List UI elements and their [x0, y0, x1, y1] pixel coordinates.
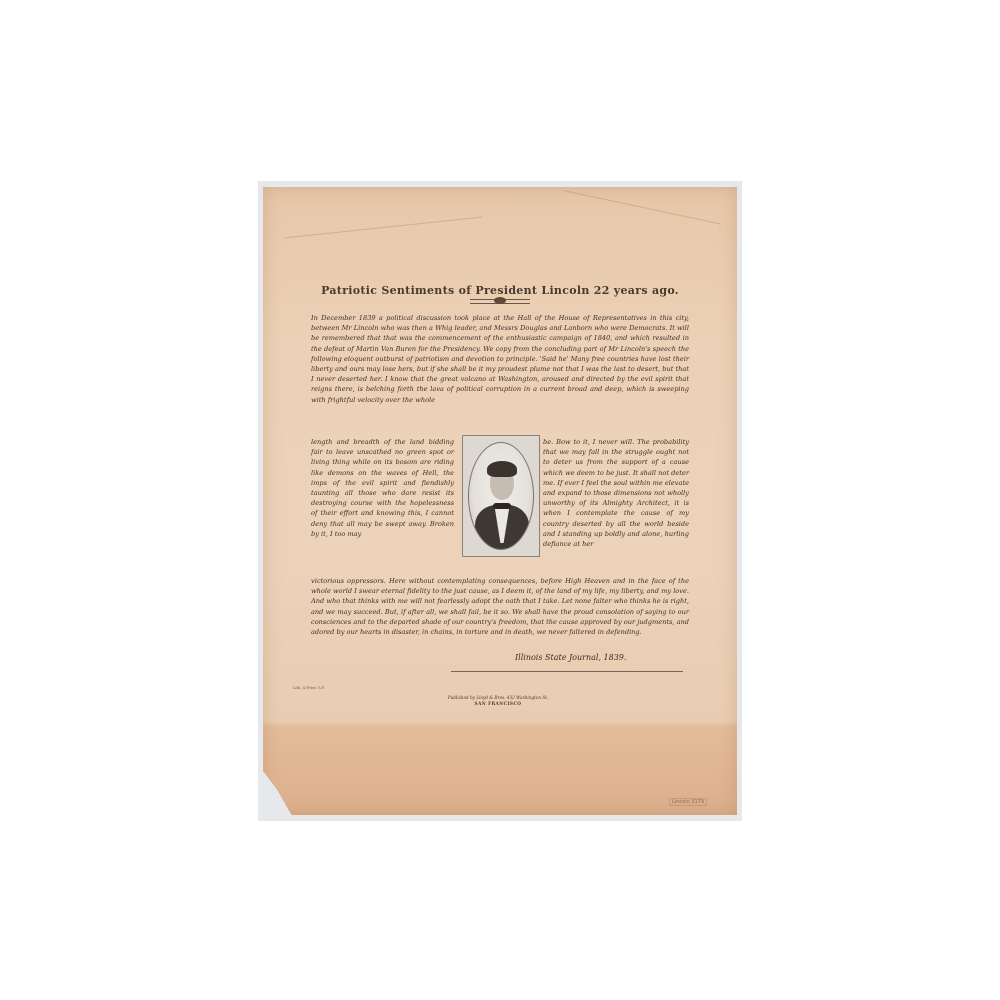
- paper-crease: [283, 217, 482, 239]
- archival-stamp: Lincoln 3179: [669, 798, 707, 806]
- document-title: Patriotic Sentiments of President Lincol…: [263, 284, 737, 297]
- text-column-left: length and breadth of the land bidding f…: [311, 437, 454, 539]
- paragraph-top: In December 1839 a political discussion …: [311, 313, 689, 405]
- title-ornament: [470, 299, 530, 304]
- paper-crease: [565, 190, 722, 224]
- paragraph-bottom: victorious oppressors. Here without cont…: [311, 576, 689, 637]
- publisher-imprint: Published by Lloyd & Bros. 432 Washingto…: [403, 695, 593, 707]
- broadside-sheet: Patriotic Sentiments of President Lincol…: [263, 187, 737, 815]
- portrait-oval-frame: [468, 442, 534, 550]
- imprint-city: SAN FRANCISCO: [403, 701, 593, 707]
- portrait-bowtie: [493, 503, 511, 509]
- engraver-credit: Lith. & Print. S.F.: [293, 686, 325, 690]
- source-signature: Illinois State Journal, 1839.: [515, 653, 626, 662]
- lincoln-portrait: [462, 435, 540, 557]
- divider-rule: [451, 671, 683, 672]
- portrait-hair: [487, 461, 517, 477]
- text-column-right: be. Bow to it, I never will. The probabi…: [543, 437, 689, 549]
